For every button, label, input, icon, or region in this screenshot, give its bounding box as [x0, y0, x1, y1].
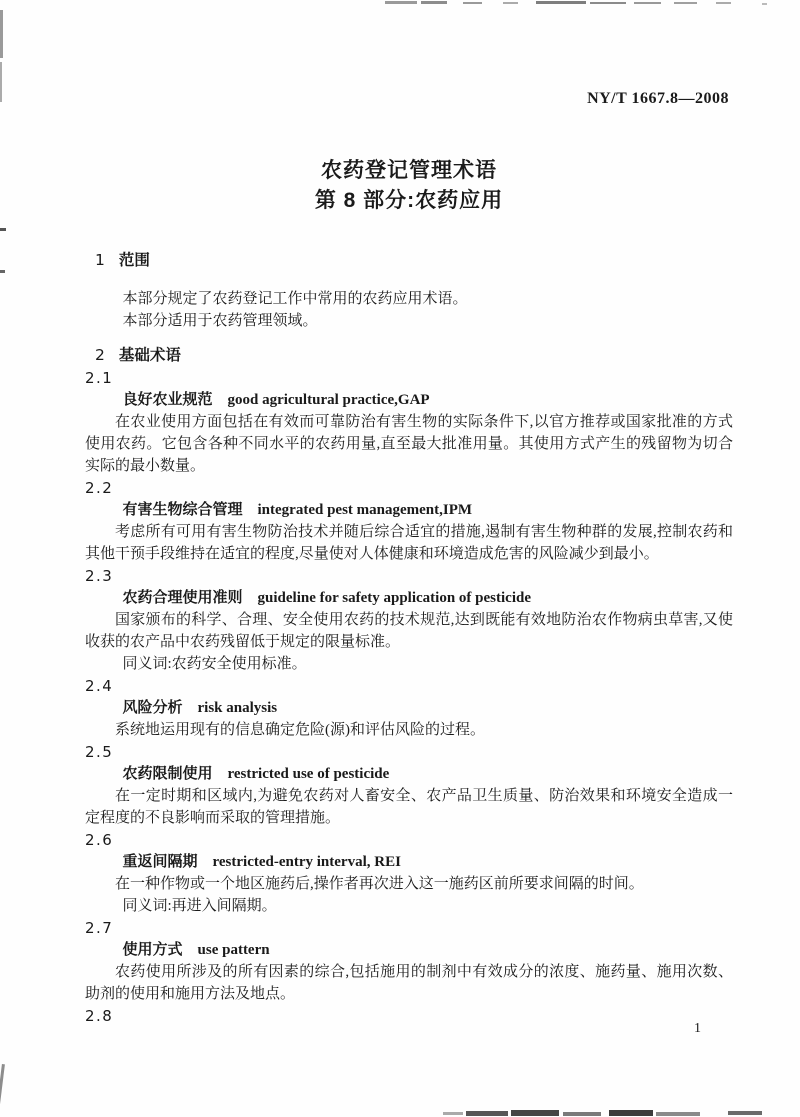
term-title: 风险分析risk analysis	[85, 697, 733, 719]
scan-artifact	[563, 1112, 601, 1116]
term-english: integrated pest management,IPM	[258, 502, 473, 518]
scan-artifact	[609, 1110, 653, 1116]
scan-artifact	[656, 1112, 700, 1116]
term-definition: 考虑所有可用有害生物防治技术并随后综合适宜的措施,遏制有害生物种群的发展,控制农…	[85, 521, 733, 565]
scan-artifact	[443, 1112, 463, 1115]
scan-artifact	[0, 1064, 5, 1112]
clause-number: 2.4	[85, 675, 733, 697]
document-title-line1: 农药登记管理术语	[85, 156, 733, 186]
standard-code: NY/T 1667.8—2008	[85, 90, 733, 108]
section-title: 基础术语	[119, 347, 181, 364]
term-synonym: 同义词:再进入间隔期。	[85, 895, 733, 917]
term-chinese: 风险分析	[123, 699, 183, 716]
clause-number: 2.3	[85, 565, 733, 587]
term-title: 良好农业规范good agricultural practice,GAP	[85, 389, 733, 411]
section-number: 1	[95, 251, 105, 269]
term-definition: 在一种作物或一个地区施药后,操作者再次进入这一施药区前所要求间隔的时间。	[85, 873, 733, 895]
section-number: 2	[95, 346, 105, 364]
term-entry: 2.5 农药限制使用restricted use of pesticide 在一…	[85, 741, 733, 829]
scan-artifact	[0, 270, 5, 273]
term-english: use pattern	[198, 942, 270, 958]
scan-artifact	[511, 1110, 559, 1116]
scope-paragraph: 本部分适用于农药管理领域。	[85, 310, 733, 332]
term-english: restricted-entry interval, REI	[213, 854, 401, 870]
clause-number: 2.6	[85, 829, 733, 851]
term-definition: 农药使用所涉及的所有因素的综合,包括施用的制剂中有效成分的浓度、施药量、施用次数…	[85, 961, 733, 1005]
term-title: 有害生物综合管理integrated pest management,IPM	[85, 499, 733, 521]
term-title: 农药限制使用restricted use of pesticide	[85, 763, 733, 785]
term-entry: 2.8	[85, 1005, 733, 1027]
term-definition: 在一定时期和区域内,为避免农药对人畜安全、农产品卫生质量、防治效果和环境安全造成…	[85, 785, 733, 829]
page-number: 1	[694, 1021, 701, 1037]
clause-number: 2.8	[85, 1005, 733, 1027]
clause-number: 2.5	[85, 741, 733, 763]
term-synonym: 同义词:农药安全使用标准。	[85, 653, 733, 675]
term-chinese: 良好农业规范	[123, 391, 213, 408]
term-entry: 2.3 农药合理使用准则guideline for safety applica…	[85, 565, 733, 675]
term-title: 使用方式use pattern	[85, 939, 733, 961]
term-english: good agricultural practice,GAP	[228, 392, 430, 408]
term-definition: 在农业使用方面包括在有效而可靠防治有害生物的实际条件下,以官方推荐或国家批准的方…	[85, 411, 733, 477]
scan-artifact	[0, 62, 2, 102]
document-title: 农药登记管理术语 第 8 部分:农药应用	[85, 156, 733, 216]
clause-number: 2.2	[85, 477, 733, 499]
scanned-document-page: NY/T 1667.8—2008 农药登记管理术语 第 8 部分:农药应用 1范…	[0, 0, 800, 1117]
term-chinese: 有害生物综合管理	[123, 501, 243, 518]
term-chinese: 使用方式	[123, 941, 183, 958]
term-entry: 2.2 有害生物综合管理integrated pest management,I…	[85, 477, 733, 565]
term-entry: 2.4 风险分析risk analysis 系统地运用现有的信息确定危险(源)和…	[85, 675, 733, 741]
clause-number: 2.1	[85, 367, 733, 389]
section-heading-scope: 1范围	[85, 249, 733, 272]
scan-artifact	[0, 228, 6, 231]
section-title: 范围	[119, 252, 150, 269]
section-heading-base-terms: 2基础术语	[85, 344, 733, 367]
document-title-line2: 第 8 部分:农药应用	[85, 186, 733, 216]
term-title: 重返间隔期restricted-entry interval, REI	[85, 851, 733, 873]
term-title: 农药合理使用准则guideline for safety application…	[85, 587, 733, 609]
term-chinese: 农药合理使用准则	[123, 589, 243, 606]
scan-artifact	[466, 1111, 508, 1116]
term-english: restricted use of pesticide	[228, 766, 390, 782]
term-entry: 2.7 使用方式use pattern 农药使用所涉及的所有因素的综合,包括施用…	[85, 917, 733, 1005]
scan-artifact	[0, 10, 3, 58]
scan-artifact	[762, 3, 767, 5]
term-english: guideline for safety application of pest…	[258, 590, 531, 606]
document-body: NY/T 1667.8—2008 农药登记管理术语 第 8 部分:农药应用 1范…	[85, 0, 733, 1027]
term-definition: 国家颁布的科学、合理、安全使用农药的技术规范,达到既能有效地防治农作物病虫草害,…	[85, 609, 733, 653]
scope-paragraph: 本部分规定了农药登记工作中常用的农药应用术语。	[85, 288, 733, 310]
term-chinese: 农药限制使用	[123, 765, 213, 782]
clause-number: 2.7	[85, 917, 733, 939]
scan-artifact	[728, 1111, 762, 1115]
term-chinese: 重返间隔期	[123, 853, 198, 870]
term-english: risk analysis	[198, 700, 278, 716]
term-definition: 系统地运用现有的信息确定危险(源)和评估风险的过程。	[85, 719, 733, 741]
term-entry: 2.1 良好农业规范good agricultural practice,GAP…	[85, 367, 733, 477]
term-entry: 2.6 重返间隔期restricted-entry interval, REI …	[85, 829, 733, 917]
